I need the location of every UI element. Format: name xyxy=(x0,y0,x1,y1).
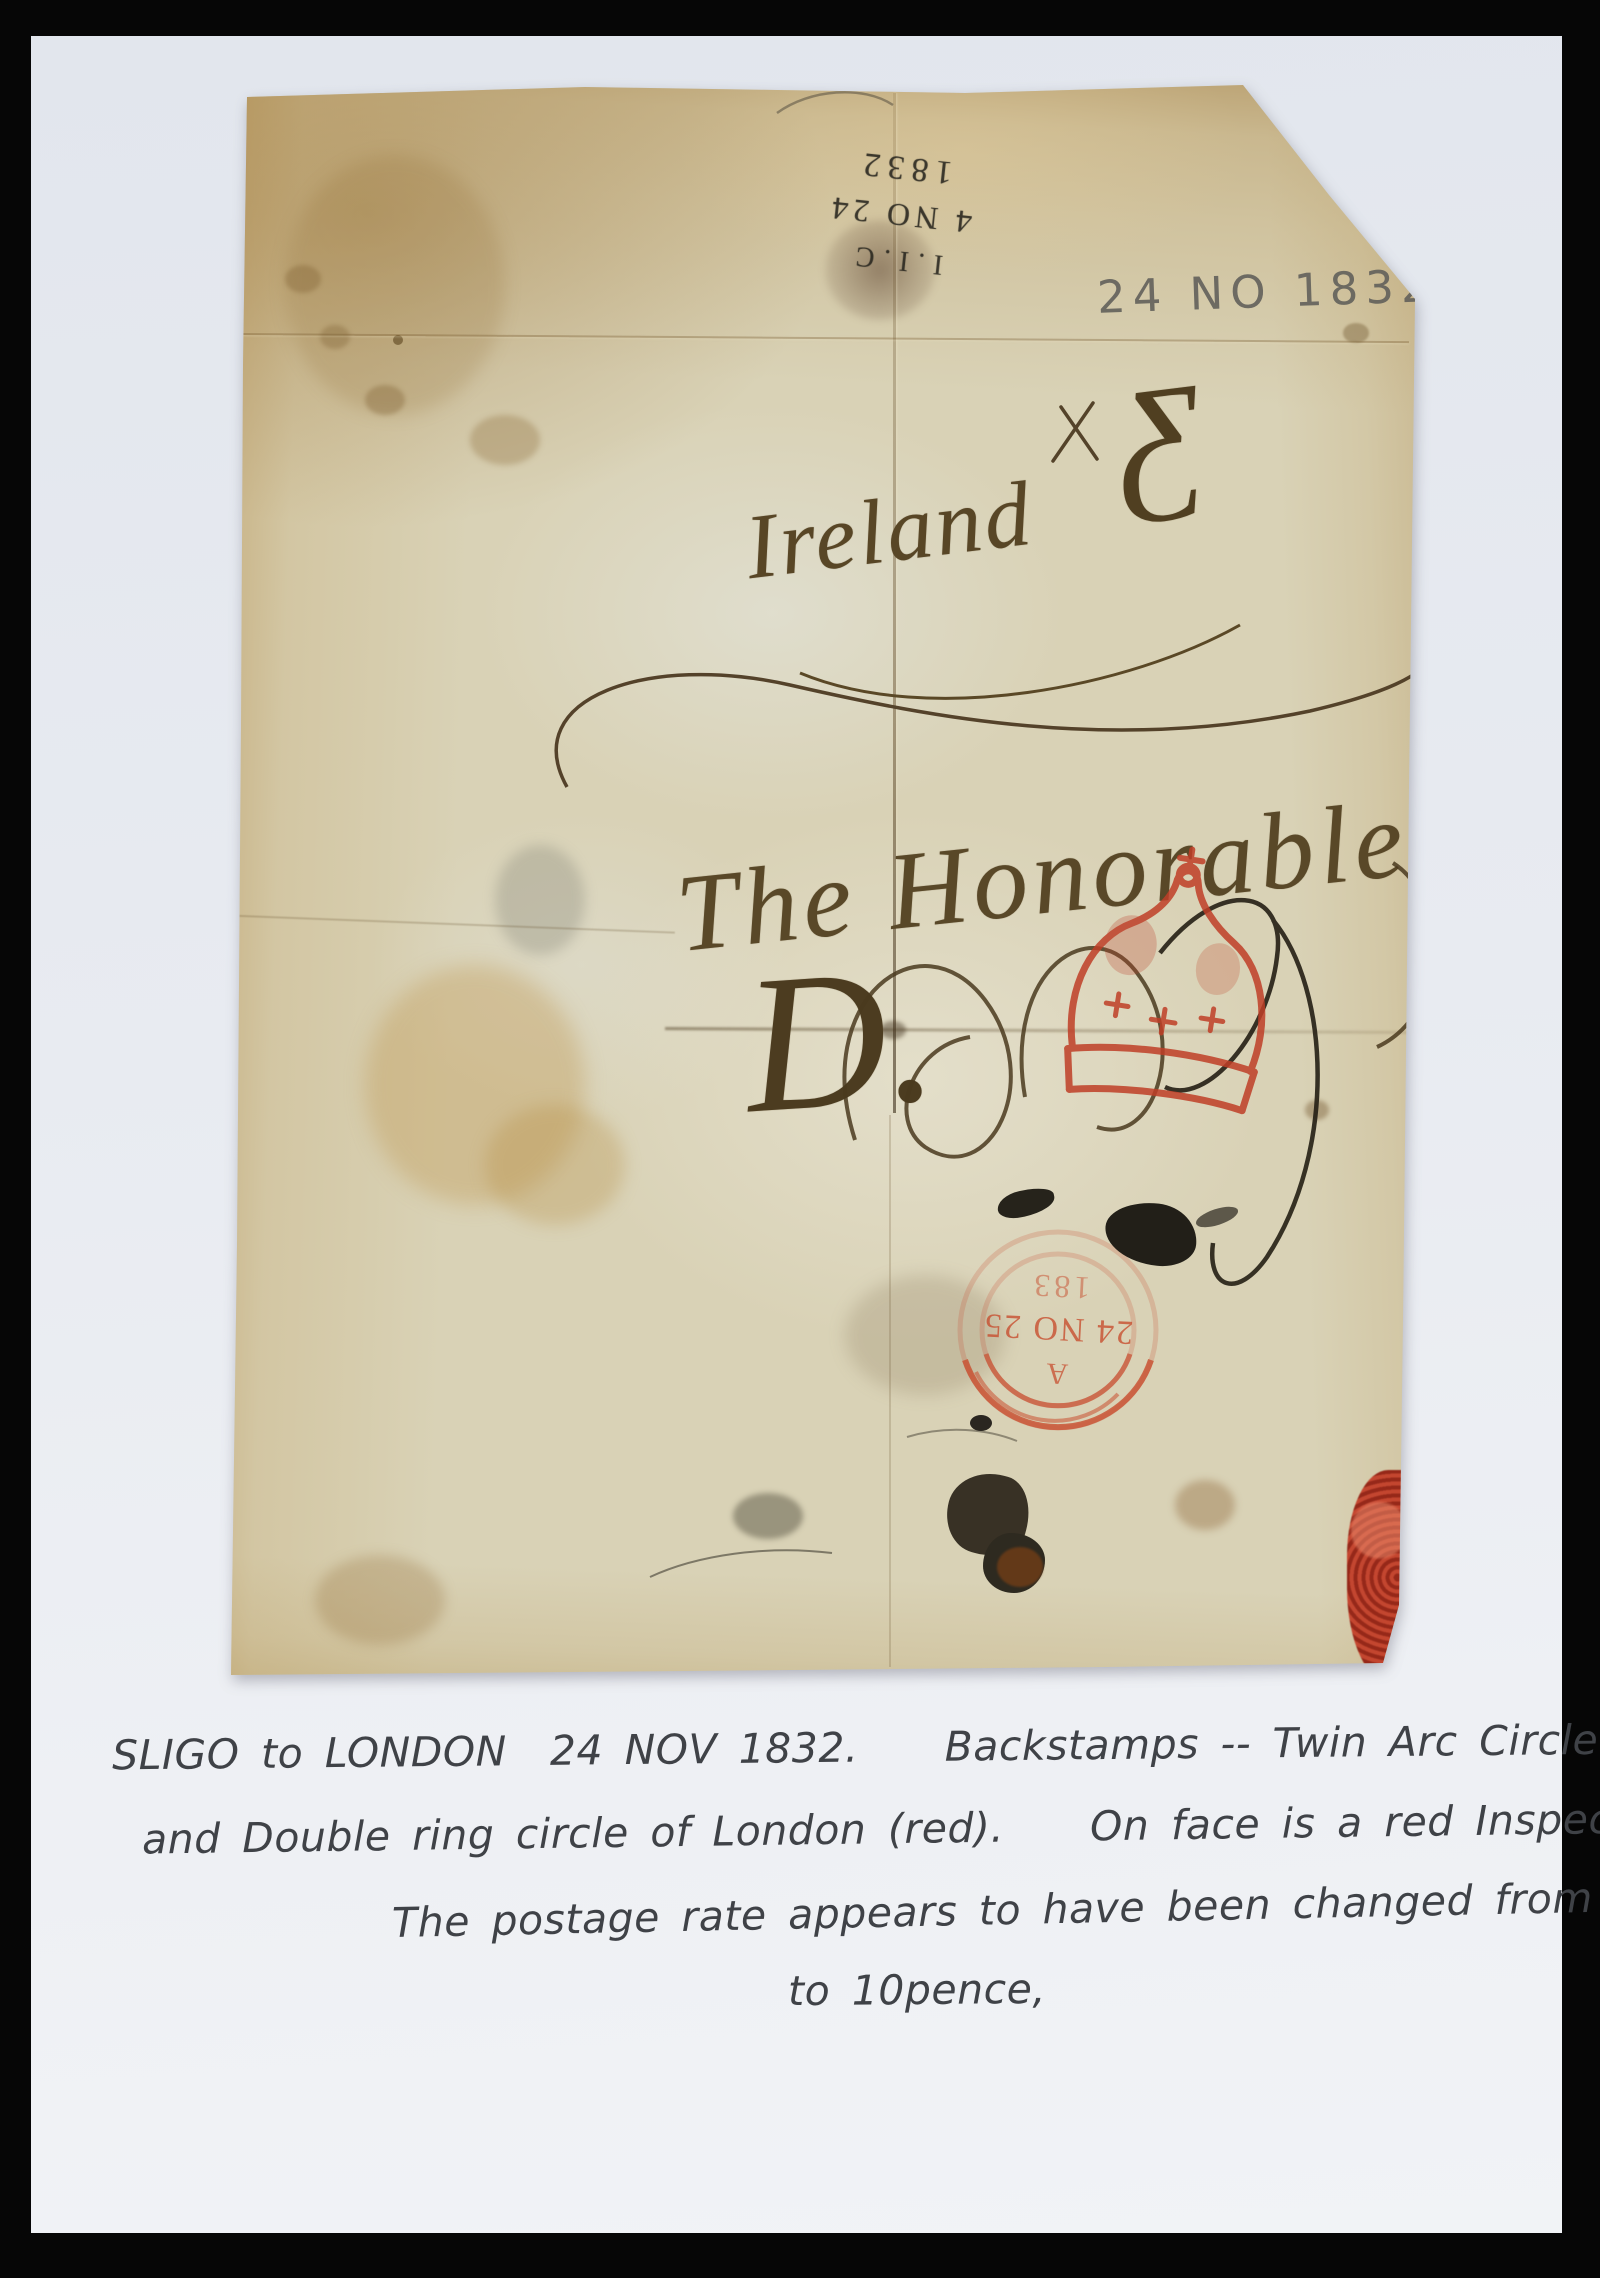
caption-line-3: The postage rate appears to have been ch… xyxy=(392,1873,1600,1947)
london-cds-stamp: A 24 NO 25 183 xyxy=(960,1232,1156,1428)
ink-blot xyxy=(970,1415,992,1431)
caption-line-2: and Double ring circle of London (red). … xyxy=(142,1792,1600,1863)
photograph: I.I.C 4 NO 24 1832 24 NO 1832 Ireland Ƹ … xyxy=(0,0,1600,2278)
ink-flourish xyxy=(800,625,1240,698)
rate-mark-stroke xyxy=(1053,403,1097,461)
ink-blot-brown xyxy=(997,1547,1043,1587)
signature-scrawl xyxy=(844,863,1415,1157)
cds-text: A xyxy=(1043,1356,1069,1390)
ink-arc xyxy=(907,1430,1017,1441)
pencil-arc xyxy=(777,92,893,113)
ink-smudge xyxy=(733,1493,803,1539)
envelope-paper: I.I.C 4 NO 24 1832 24 NO 1832 Ireland Ƹ … xyxy=(225,85,1415,1685)
album-page: I.I.C 4 NO 24 1832 24 NO 1832 Ireland Ƹ … xyxy=(31,36,1562,2233)
inspectors-crown-stamp xyxy=(1060,835,1288,1118)
caption-line-4: to 10pence, xyxy=(788,1965,1046,2015)
ink-arc xyxy=(650,1550,832,1577)
ink-and-stamps-overlay: A 24 NO 25 183 xyxy=(225,85,1415,1685)
envelope-cover: I.I.C 4 NO 24 1832 24 NO 1832 Ireland Ƹ … xyxy=(225,85,1415,1685)
wax-seal-fragment xyxy=(1347,1470,1439,1685)
caption-line-1: SLIGO to LONDON 24 NOV 1832. Backstamps … xyxy=(112,1713,1600,1780)
cds-text: 183 xyxy=(1029,1268,1091,1307)
ink-flourish xyxy=(556,675,1413,787)
cds-text: 24 NO 25 xyxy=(982,1306,1134,1351)
